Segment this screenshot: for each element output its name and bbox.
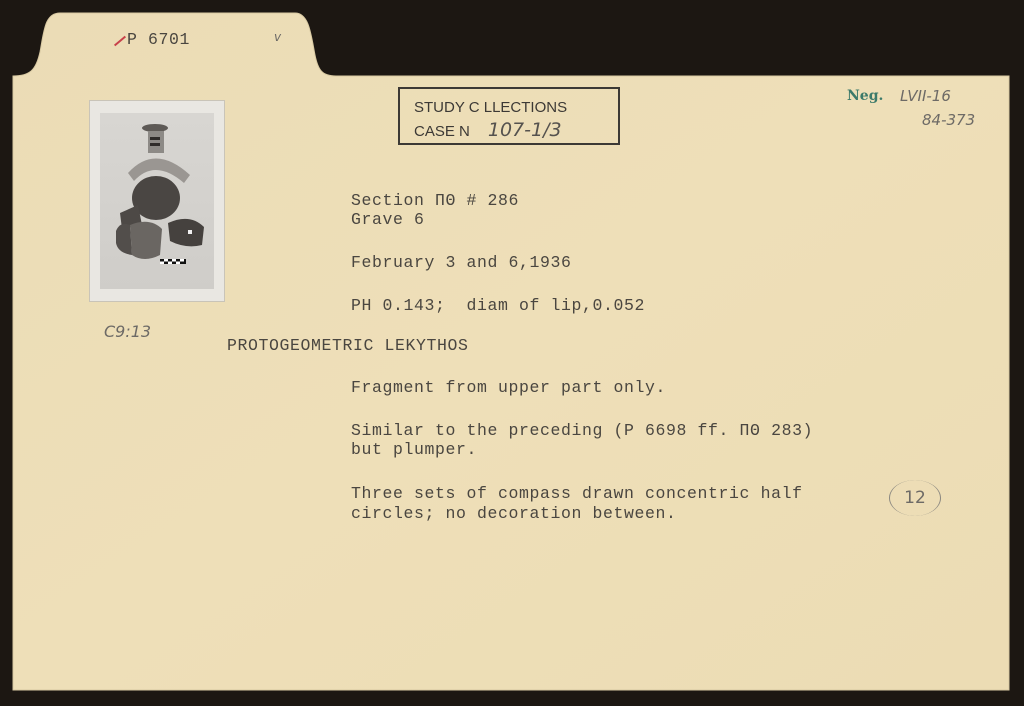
stamp-case-value: 107-1/3 bbox=[488, 119, 562, 141]
tab-check-mark: v bbox=[274, 30, 281, 44]
description-line-1: Fragment from upper part only. bbox=[351, 378, 666, 398]
catalog-number: P 6701 bbox=[127, 30, 190, 50]
photo-note: C9:13 bbox=[104, 322, 151, 341]
artifact-photo bbox=[90, 101, 224, 301]
scale-bar bbox=[160, 259, 186, 264]
description-line-3: but plumper. bbox=[351, 440, 477, 460]
negative-value-2: 84-373 bbox=[922, 111, 975, 129]
description-line-5: circles; no decoration between. bbox=[351, 504, 677, 524]
negative-label: Neg. bbox=[847, 88, 883, 104]
dimensions-line: PH 0.143; diam of lip,0.052 bbox=[351, 296, 645, 316]
grave-line: Grave 6 bbox=[351, 210, 425, 230]
stamp-line-1: STUDY C LLECTIONS bbox=[414, 97, 618, 119]
description-line-2: Similar to the preceding (P 6698 ff. ΠΘ … bbox=[351, 421, 813, 441]
description-line-4: Three sets of compass drawn concentric h… bbox=[351, 484, 803, 504]
section-line: Section ΠΘ # 286 bbox=[351, 191, 519, 211]
stamp-case-label: CASE N bbox=[414, 123, 470, 140]
negative-value-1: LVII-16 bbox=[900, 87, 951, 105]
circled-number: 12 bbox=[889, 480, 941, 516]
lekythos-fragments-image bbox=[100, 113, 214, 289]
date-line: February 3 and 6,1936 bbox=[351, 253, 572, 273]
study-collections-stamp: STUDY C LLECTIONS CASE N107-1/3 bbox=[398, 87, 620, 145]
object-title: PROTOGEOMETRIC LEKYTHOS bbox=[227, 336, 469, 356]
